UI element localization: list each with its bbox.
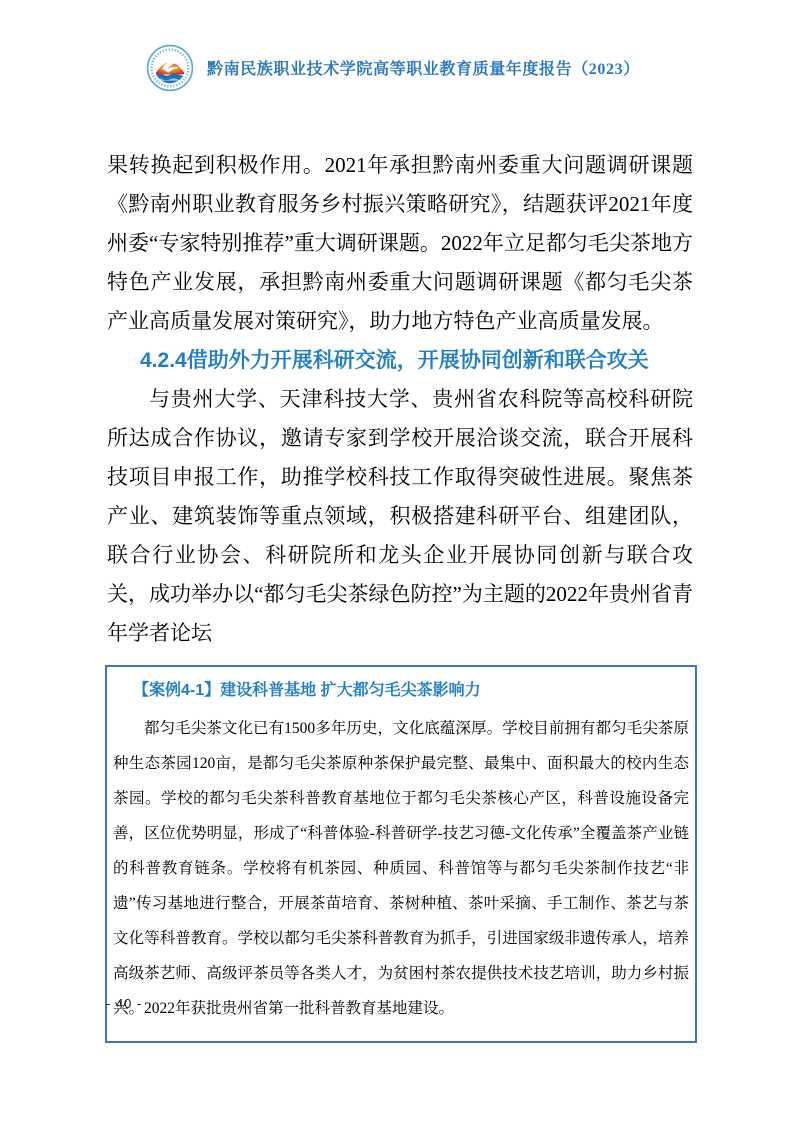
college-seal-logo-icon (146, 44, 194, 92)
paragraph-research-projects: 果转换起到积极作用。2021年承担黔南州委重大问题调研课题《黔南州职业教育服务乡… (107, 146, 693, 341)
page-number: - 40 - (106, 996, 142, 1011)
page-header: 黔南民族职业技术学院高等职业教育质量年度报告（2023） (146, 44, 640, 92)
case-box-title: 【案例4-1】建设科普基地 扩大都匀毛尖茶影响力 (113, 675, 689, 707)
case-study-box: 【案例4-1】建设科普基地 扩大都匀毛尖茶影响力 都匀毛尖茶文化已有1500多年… (105, 665, 697, 1043)
case-box-text: 都匀毛尖茶文化已有1500多年历史，文化底蕴深厚。学校目前拥有都匀毛尖茶原种生态… (113, 711, 689, 1026)
paragraph-cooperation: 与贵州大学、天津科技大学、贵州省农科院等高校科研院所达成合作协议，邀请专家到学校… (107, 380, 693, 653)
section-heading-4-2-4: 4.2.4借助外力开展科研交流，开展协同创新和联合攻关 (107, 341, 693, 380)
report-title: 黔南民族职业技术学院高等职业教育质量年度报告（2023） (207, 56, 640, 81)
document-body: 果转换起到积极作用。2021年承担黔南州委重大问题调研课题《黔南州职业教育服务乡… (107, 146, 693, 1043)
document-page: 黔南民族职业技术学院高等职业教育质量年度报告（2023） 果转换起到积极作用。2… (0, 0, 793, 1122)
page-footer: - 40 - (106, 996, 142, 1011)
